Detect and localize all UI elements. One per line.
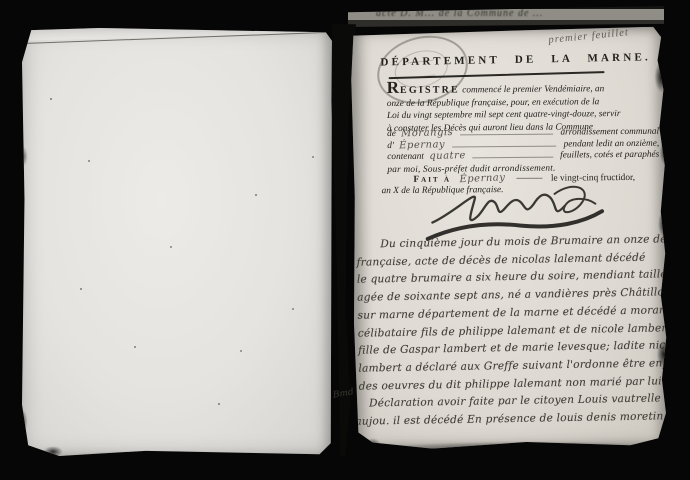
registre-form: de Morangis arrondissement communal d' É…	[387, 126, 659, 176]
registre-line: commencé le premier Vendémiaire, an	[462, 84, 604, 95]
page-fold-strip	[22, 19, 332, 41]
form-label: d'	[387, 141, 394, 151]
form-printed-right: arrondissement communal	[560, 127, 659, 138]
right-register-page: premier feuillet DÉPARTEMENT DE LA MARNE…	[350, 27, 668, 450]
registre-word: EGISTRE	[400, 84, 460, 96]
handwritten-arrondissement: Épernay	[399, 139, 445, 151]
corner-annotation: premier feuillet	[548, 23, 669, 45]
paper-specks	[50, 98, 52, 100]
previous-page-edge-text: acte D. M... de la Commune de ...	[376, 8, 543, 19]
form-label: de	[387, 129, 396, 139]
registre-initial: R	[387, 78, 400, 97]
fill-rule	[472, 157, 553, 159]
fait-label: Fait à	[413, 175, 451, 185]
registre-line: onze de la République française, pour, e…	[387, 97, 600, 109]
left-blank-page	[22, 28, 332, 456]
handwritten-count: quatre	[429, 150, 466, 162]
fill-rule	[460, 134, 553, 136]
fill-rule	[452, 145, 557, 147]
form-printed-right: feuillets, cotés et paraphés	[560, 150, 659, 161]
page-fold-line	[24, 32, 331, 45]
form-label: contenant	[387, 152, 424, 162]
margin-note: Bmd	[332, 387, 354, 400]
handwritten-commune: Morangis	[401, 127, 453, 139]
previous-page-edge: acte D. M... de la Commune de ...	[348, 6, 664, 27]
form-printed-right: pendant ledit an onzième,	[564, 138, 660, 149]
death-act-text: Du cinquième jour du mois de Brumaire an…	[356, 231, 667, 431]
register-book-scan: acte D. M... de la Commune de ... premie…	[0, 0, 690, 480]
form-row-feuillets: contenant quatre feuillets, cotés et par…	[387, 149, 659, 163]
registre-line: Loi du vingt septembre mil sept cent qua…	[387, 109, 621, 121]
